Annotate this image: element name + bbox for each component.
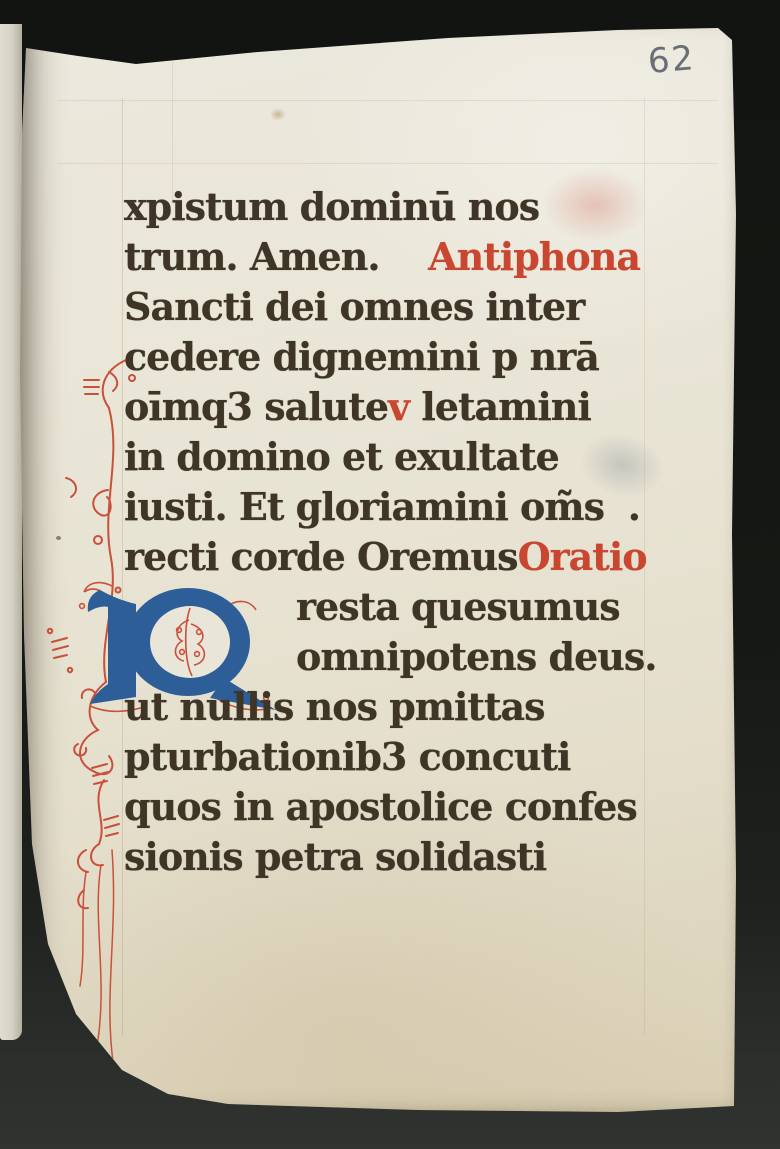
- text-segment: iusti. Et gloriamini om̃s: [124, 482, 604, 532]
- text-segment: quos in apostolice confes: [124, 782, 637, 832]
- ruling-line-vertical-top: [172, 42, 173, 202]
- text-line-14: sionis petra solidasti: [124, 832, 640, 882]
- text-line-3: Sancti dei omnes inter: [124, 282, 640, 332]
- text-block: xpistum dominū nos trum. Amen. Antiphona…: [124, 182, 640, 882]
- folio-number: 62: [646, 38, 697, 82]
- text-segment: sionis petra solidasti: [124, 832, 546, 882]
- manuscript-page: 62: [18, 14, 740, 1116]
- ruling-line-horizontal-2: [58, 163, 718, 164]
- text-line-13: quos in apostolice confes: [124, 782, 640, 832]
- versicle-mark: v: [388, 382, 409, 432]
- text-segment: in domino et exultate: [124, 432, 559, 482]
- penwork-tails: [80, 850, 114, 1062]
- text-line-7: iusti. Et gloriamini om̃s .: [124, 482, 640, 532]
- parchment-stain: [270, 108, 286, 121]
- text-segment: letamini: [409, 382, 591, 432]
- ruling-line-horizontal-1: [58, 100, 718, 101]
- text-line-1: xpistum dominū nos: [124, 182, 640, 232]
- text-segment: omnipotens deus.: [296, 632, 657, 682]
- text-segment: cedere dignemini p nrā: [124, 332, 599, 382]
- text-segment: recti corde Oremus: [124, 532, 518, 582]
- text-segment: Sancti dei omnes inter: [124, 282, 584, 332]
- text-line-2: trum. Amen. Antiphona: [124, 232, 640, 282]
- text-segment: resta quesumus: [296, 582, 620, 632]
- text-line-12: pturbationib3 concuti: [124, 732, 640, 782]
- text-segment: oīmq3 salute: [124, 382, 388, 432]
- text-line-4: cedere dignemini p nrā: [124, 332, 640, 382]
- text-segment: pturbationib3 concuti: [124, 732, 570, 782]
- punctuation-dot: .: [628, 482, 640, 532]
- text-line-5: oīmq3 salute v letamini: [124, 382, 640, 432]
- text-line-9: resta quesumus: [124, 582, 640, 632]
- text-segment: trum. Amen.: [124, 232, 380, 282]
- manuscript-photo: 62: [0, 0, 780, 1149]
- text-segment: xpistum dominū nos: [124, 182, 539, 232]
- text-segment: ut nullis nos pmittas: [124, 682, 545, 732]
- text-line-8: recti corde Oremus Oratio: [124, 532, 640, 582]
- underlying-page-edge: [0, 24, 22, 1040]
- text-line-10: omnipotens deus.: [124, 632, 640, 682]
- text-line-11: ut nullis nos pmittas: [124, 682, 640, 732]
- rubric-oratio: Oratio: [518, 532, 647, 582]
- rubric-antiphona: Antiphona: [428, 232, 640, 282]
- text-line-6: in domino et exultate: [124, 432, 640, 482]
